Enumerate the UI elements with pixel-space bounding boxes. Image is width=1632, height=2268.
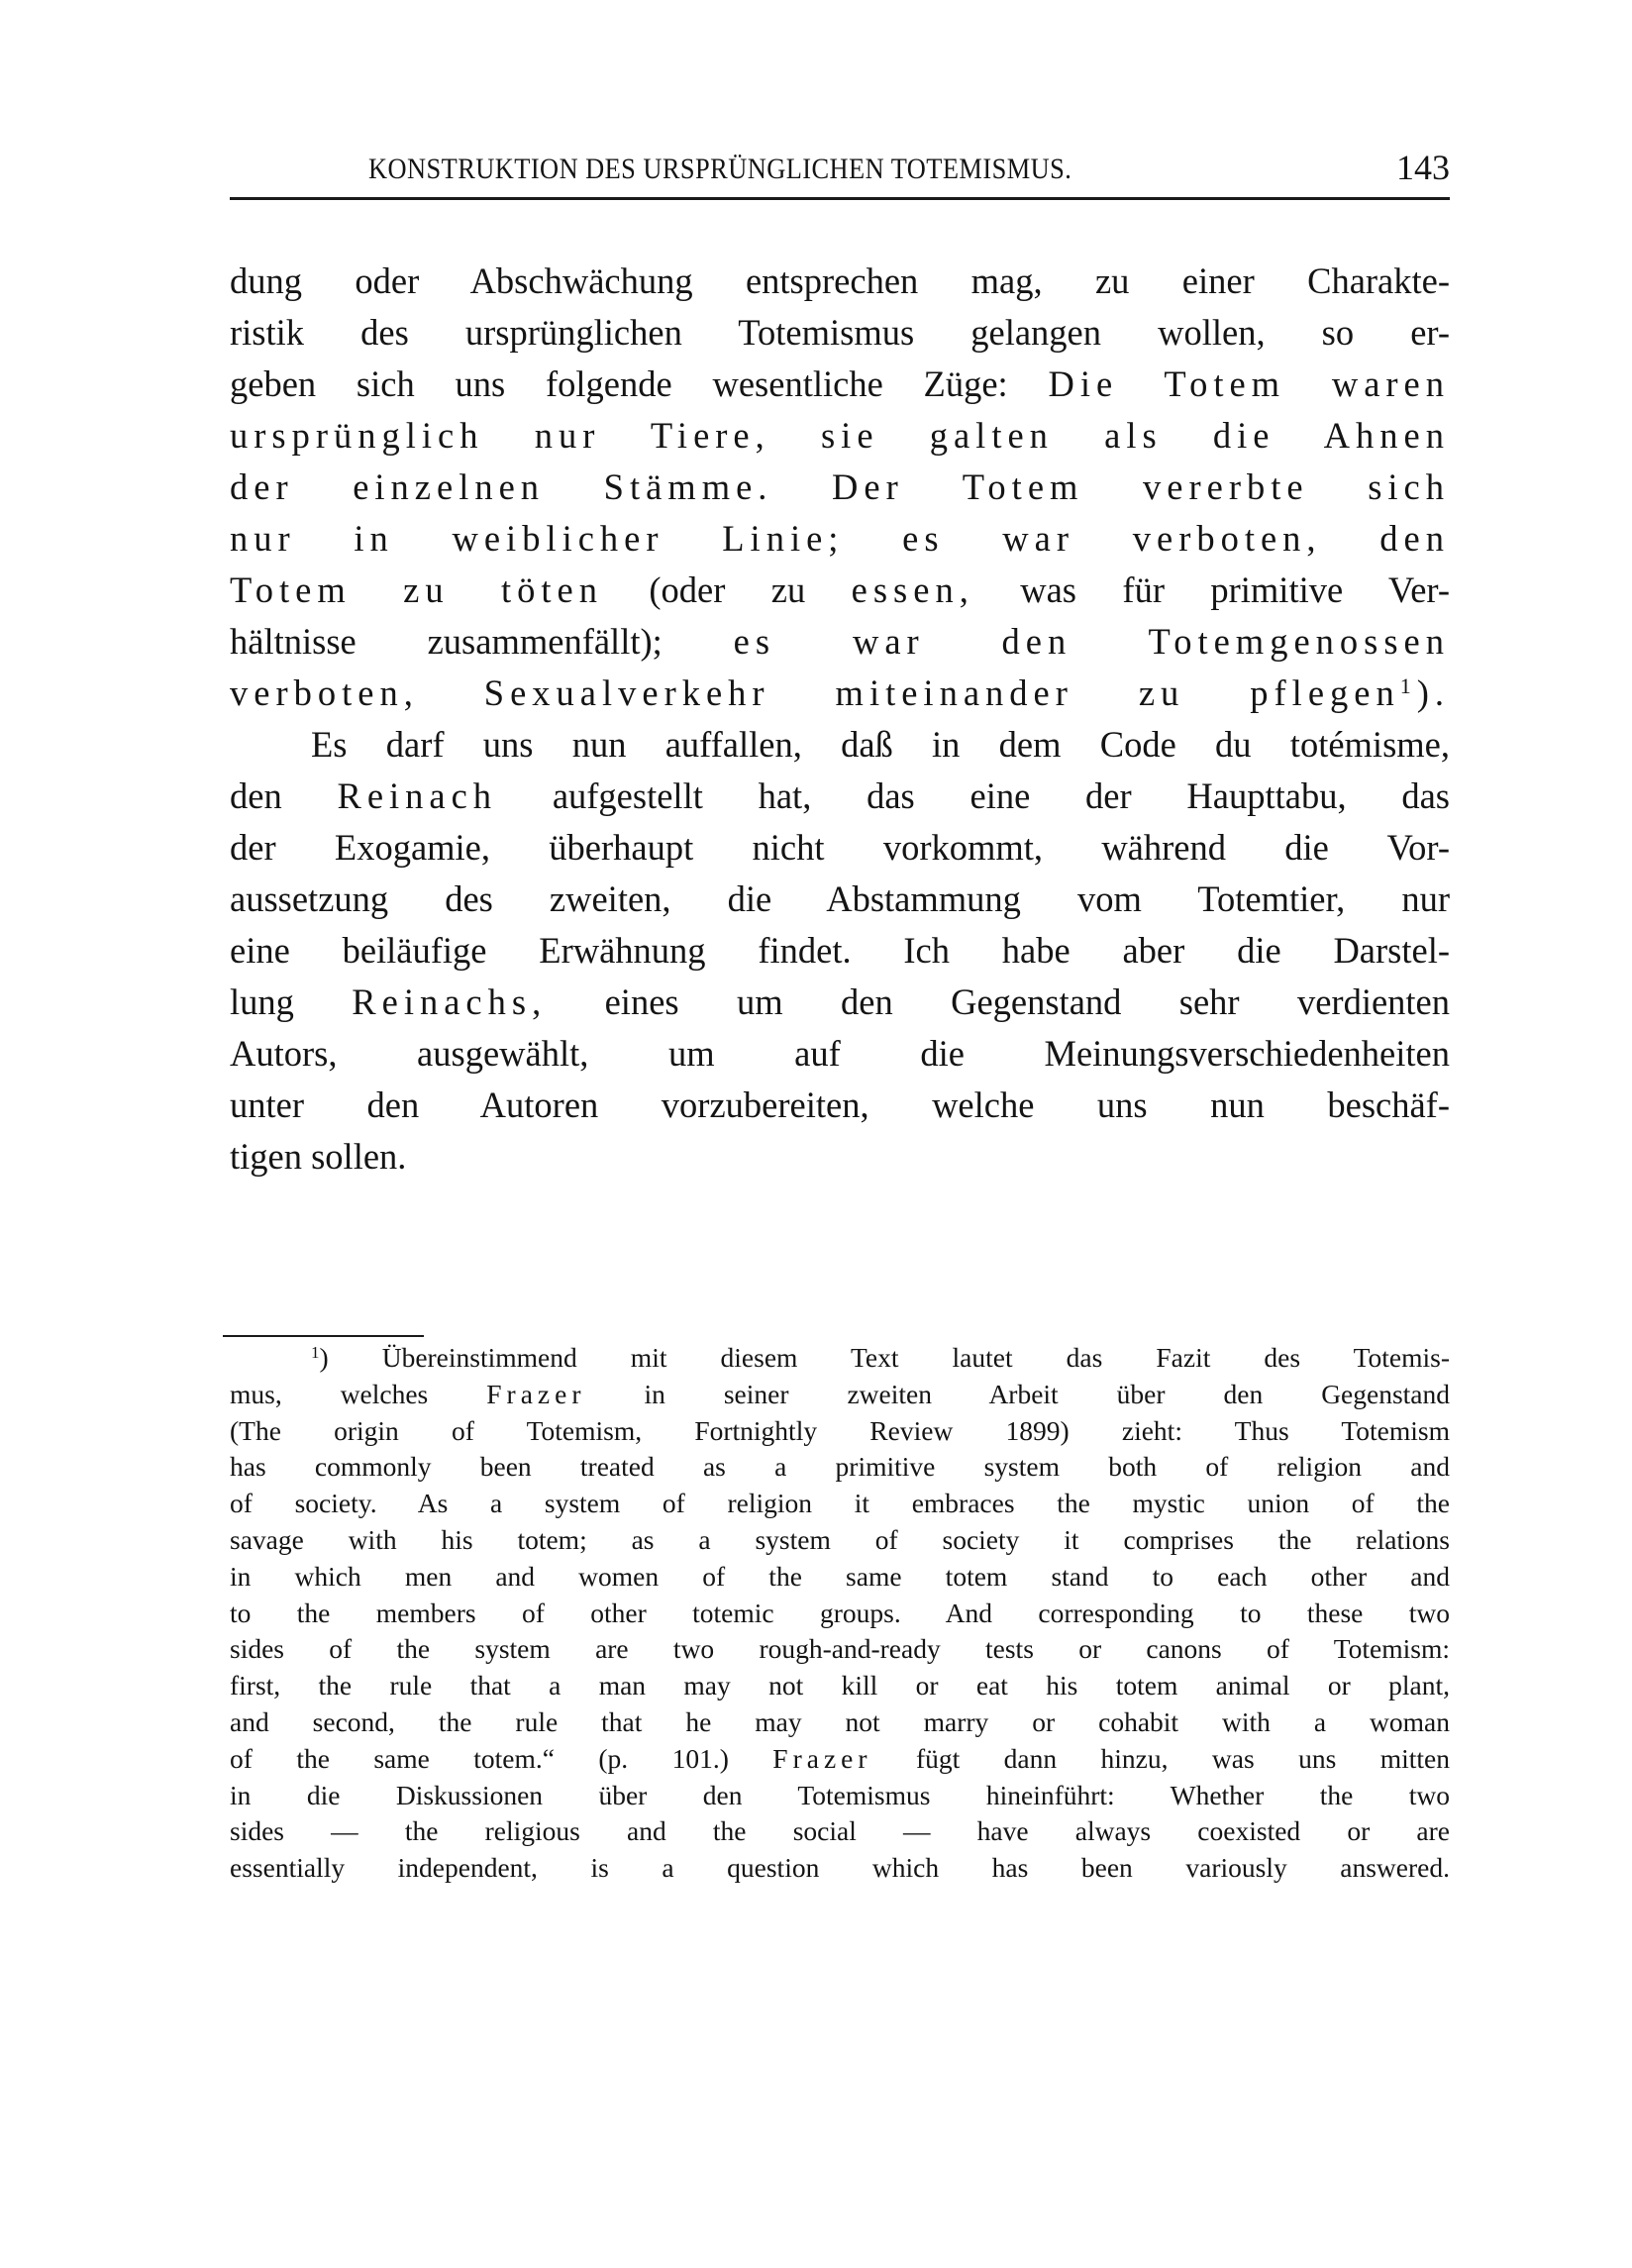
text-line: ristik des ursprünglichen Totemismus gel… [230,307,1450,359]
footnote-rule [223,1335,424,1337]
text-span: in seiner zweiten Arbeit über den Gegens… [644,1379,1450,1409]
text-line: Es darf uns nun auffallen, daß in dem Co… [230,719,1450,771]
text-span: aufgestellt hat, das eine der Haupttabu,… [553,775,1450,816]
footnote-reference[interactable]: 1 [1400,673,1417,698]
footnote-line: in die Diskussionen über den Totemismus … [230,1778,1450,1814]
author-name: Frazer [772,1743,871,1774]
emphasized-text: der einzelnen Stämme. Der Totem vererbte… [230,466,1450,507]
footnote-line: essentially independent, is a question w… [230,1850,1450,1887]
footnote-line: sides — the religious and the social — h… [230,1813,1450,1850]
text-line: der Exogamie, überhaupt nicht vorkommt, … [230,822,1450,874]
footnote-line: mus, welches Frazer in seiner zweiten Ar… [230,1377,1450,1413]
text-span: of society. As a system of religion it e… [230,1488,1450,1518]
footnote-line: and second, the rule that he may not mar… [230,1704,1450,1741]
footnote-line: first, the rule that a man may not kill … [230,1668,1450,1704]
text-span: ). [1417,672,1450,713]
text-span: hältnisse zusammenfällt); [230,621,663,662]
text-line: hältnisse zusammenfällt); es war den Tot… [230,616,1450,668]
footnote-line: has commonly been treated as a primitive… [230,1449,1450,1486]
footnote-line: 1) Übereinstimmend mit diesem Text laute… [230,1340,1450,1377]
text-span: sides of the system are two rough-and-re… [230,1633,1450,1664]
footnote-line: to the members of other totemic groups. … [230,1596,1450,1632]
emphasized-text: Totem zu töten [230,569,603,610]
text-span: tigen sollen. [230,1136,406,1177]
text-line: lung Reinachs, eines um den Gegenstand s… [230,977,1450,1028]
page-number: 143 [1396,147,1450,188]
text-span: ristik des ursprünglichen Totemismus gel… [230,312,1450,353]
text-line: geben sich uns folgende wesentliche Züge… [230,359,1450,410]
text-span: eines um den Gegenstand sehr verdienten [605,981,1450,1022]
footnote-line: of society. As a system of religion it e… [230,1486,1450,1522]
text-span: has commonly been treated as a primitive… [230,1451,1450,1482]
emphasized-text: verboten, Sexualverkehr miteinander zu p… [230,672,1400,713]
text-line: Totem zu töten (oder zu essen, was für p… [230,565,1450,616]
text-span: of the same totem.“ (p. 101.) [230,1743,729,1774]
text-span: was für primitive Ver- [1020,569,1450,610]
footnote-line: savage with his totem; as a system of so… [230,1522,1450,1559]
footnote-line: of the same totem.“ (p. 101.) Frazer füg… [230,1741,1450,1778]
running-title: KONSTRUKTION DES URSPRÜNGLICHEN TOTEMISM… [368,153,1071,186]
author-name: Reinach [337,775,497,816]
text-span: and second, the rule that he may not mar… [230,1706,1450,1737]
text-span: ) Übereinstimmend mit diesem Text lautet… [320,1342,1451,1373]
text-line: nur in weiblicher Linie; es war verboten… [230,513,1450,565]
emphasized-text: ursprünglich nur Tiere, sie galten als d… [230,415,1450,456]
text-span: to the members of other totemic groups. … [230,1598,1450,1628]
text-span: (The origin of Totemism, Fortnightly Rev… [230,1415,1450,1446]
text-line: aussetzung des zweiten, die Abstammung v… [230,874,1450,925]
text-span: mus, welches [230,1379,428,1409]
author-name: Reinachs, [352,981,547,1022]
text-span: essentially independent, is a question w… [230,1852,1450,1883]
text-span: Autors, ausgewählt, um auf die Meinungsv… [230,1033,1450,1074]
text-span: den [230,775,282,816]
text-span: lung [230,981,294,1022]
author-name: Frazer [486,1379,585,1409]
running-header: KONSTRUKTION DES URSPRÜNGLICHEN TOTEMISM… [230,147,1450,192]
text-span: geben sich uns folgende wesentliche Züge… [230,363,1008,404]
text-span: fügt dann hinzu, was uns mitten [916,1743,1450,1774]
text-span: der Exogamie, überhaupt nicht vorkommt, … [230,827,1450,868]
text-line: tigen sollen. [230,1131,1450,1183]
text-span: (oder zu [649,569,805,610]
text-span: Es darf uns nun auffallen, daß in dem Co… [311,724,1450,765]
emphasized-text: nur in weiblicher Linie; es war verboten… [230,518,1450,559]
main-text: dung oder Abschwächung entsprechen mag, … [230,256,1450,1183]
text-span: savage with his totem; as a system of so… [230,1524,1450,1555]
text-span: in die Diskussionen über den Totemismus … [230,1780,1450,1810]
footnote-line: (The origin of Totemism, Fortnightly Rev… [230,1413,1450,1450]
text-span: unter den Autoren vorzubereiten, welche … [230,1084,1450,1125]
text-span: first, the rule that a man may not kill … [230,1670,1450,1701]
text-line: eine beiläufige Erwähnung findet. Ich ha… [230,925,1450,977]
text-line: den Reinach aufgestellt hat, das eine de… [230,771,1450,822]
book-page: KONSTRUKTION DES URSPRÜNGLICHEN TOTEMISM… [0,0,1632,2268]
text-span: aussetzung des zweiten, die Abstammung v… [230,878,1450,919]
emphasized-text: essen, [852,569,974,610]
text-span: in which men and women of the same totem… [230,1561,1450,1592]
text-line: der einzelnen Stämme. Der Totem vererbte… [230,462,1450,513]
text-line: ursprünglich nur Tiere, sie galten als d… [230,410,1450,462]
footnote-line: sides of the system are two rough-and-re… [230,1631,1450,1668]
text-line: Autors, ausgewählt, um auf die Meinungsv… [230,1028,1450,1080]
footnote: 1) Übereinstimmend mit diesem Text laute… [230,1340,1450,1887]
text-line: unter den Autoren vorzubereiten, welche … [230,1080,1450,1131]
header-rule [230,197,1450,200]
text-span: dung oder Abschwächung entsprechen mag, … [230,260,1450,301]
emphasized-text: Die Totem waren [1049,363,1451,404]
text-line: dung oder Abschwächung entsprechen mag, … [230,256,1450,307]
text-span: eine beiläufige Erwähnung findet. Ich ha… [230,930,1450,971]
footnote-line: in which men and women of the same totem… [230,1559,1450,1596]
text-line: verboten, Sexualverkehr miteinander zu p… [230,668,1450,719]
text-span: sides — the religious and the social — h… [230,1815,1450,1846]
footnote-marker: 1 [311,1343,320,1362]
emphasized-text: es war den Totemgenossen [734,621,1450,662]
